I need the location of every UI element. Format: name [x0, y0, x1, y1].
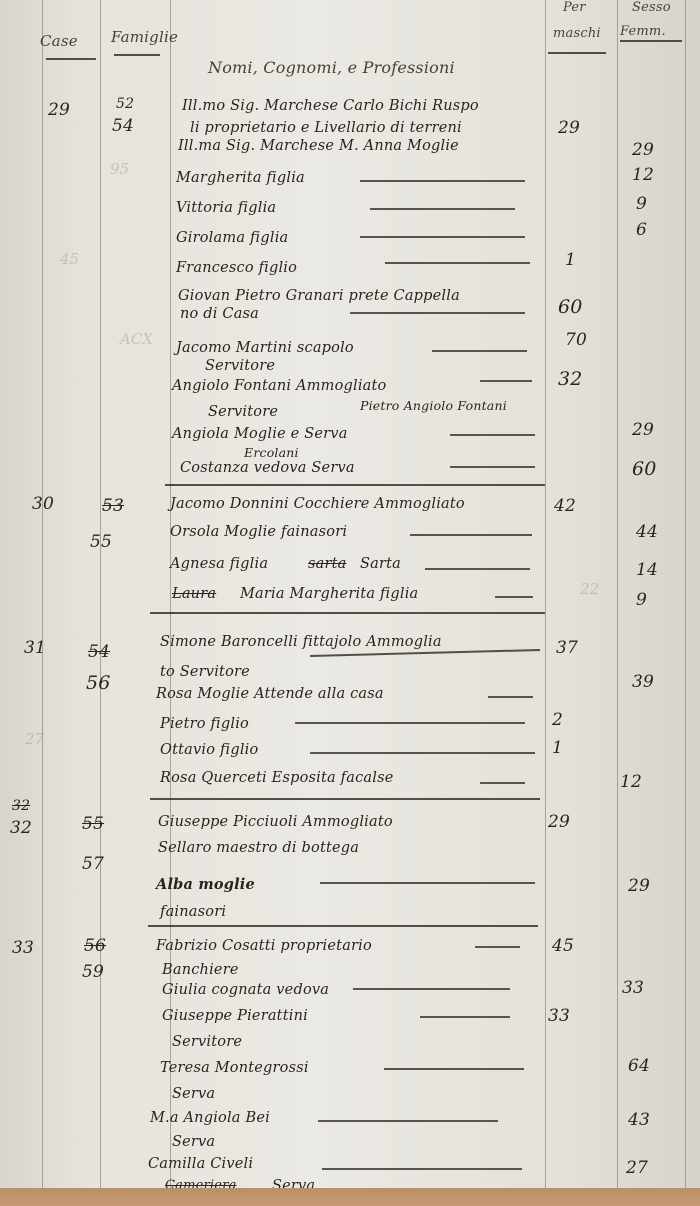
entry-text: M.a Angiola Bei — [150, 1110, 270, 1126]
entry-text: Margherita figlia — [176, 170, 305, 186]
entry-text: Costanza vedova Serva — [180, 460, 355, 476]
famiglia-number: 57 — [82, 854, 104, 874]
entry-text: Pietro figlio — [160, 716, 249, 732]
filler-dash — [450, 434, 535, 436]
filler-dash — [322, 1168, 522, 1170]
entry-text: Sarta — [360, 556, 401, 572]
census-page: Case Famiglie Nomi, Cognomi, e Professio… — [0, 0, 700, 1192]
column-rule — [617, 0, 618, 1190]
entry-text: Teresa Montegrossi — [160, 1060, 309, 1076]
famiglia-number: 54 — [112, 116, 134, 136]
entry-text: Banchiere — [162, 962, 239, 978]
entry-text: Girolama figlia — [176, 230, 288, 246]
famiglia-number: 55 — [90, 532, 112, 552]
filler-dash — [480, 782, 525, 784]
casa-number: 29 — [48, 100, 70, 120]
femmine-value: 9 — [636, 194, 647, 214]
entry-text: Giovan Pietro Granari prete Cappella — [178, 288, 460, 304]
bleed-through-text: 27 — [25, 730, 44, 748]
household-separator — [150, 798, 540, 800]
entry-text: li proprietario e Livellario di terreni — [190, 120, 462, 136]
header-underline — [114, 54, 160, 56]
entry-text: to Servitore — [160, 664, 250, 680]
entry-text: no di Casa — [180, 306, 259, 322]
maschi-value: 2 — [552, 710, 563, 730]
entry-text: Servitore — [172, 1034, 242, 1050]
entry-text: Servitore — [208, 404, 278, 420]
household-separator — [150, 612, 545, 614]
casa-number-struck: 32 — [12, 798, 30, 814]
filler-dash — [385, 262, 530, 264]
entry-text: Ill.ma Sig. Marchese M. Anna Moglie — [178, 138, 459, 154]
femmine-value: 39 — [632, 672, 654, 692]
header-famiglie: Famiglie — [111, 28, 178, 46]
column-rule — [100, 0, 101, 1190]
casa-number: 33 — [12, 938, 34, 958]
famiglia-number-struck: 56 — [84, 936, 106, 956]
filler-dash — [425, 568, 530, 570]
maschi-value: 60 — [558, 296, 583, 318]
famiglia-number: 56 — [86, 672, 111, 694]
entry-underline — [310, 649, 540, 657]
maschi-value: 1 — [565, 250, 576, 270]
filler-dash — [360, 180, 525, 182]
filler-dash — [318, 1120, 498, 1122]
femmine-value: 27 — [626, 1158, 648, 1178]
entry-text: Servitore — [205, 358, 275, 374]
entry-text: Serva — [172, 1086, 215, 1102]
femmine-value: 12 — [620, 772, 642, 792]
femmine-value: 60 — [632, 458, 657, 480]
entry-text: Jacomo Donnini Cocchiere Ammogliato — [170, 496, 465, 512]
entry-struck-word: Laura — [172, 586, 216, 602]
entry-text: Giulia cognata vedova — [162, 982, 329, 998]
femmine-value: 29 — [632, 140, 654, 160]
entry-text: Ill.mo Sig. Marchese Carlo Bichi Ruspo — [182, 98, 479, 114]
entry-text: Vittoria figlia — [176, 200, 276, 216]
filler-dash — [310, 752, 535, 754]
header-underline — [46, 58, 96, 60]
maschi-value: 42 — [554, 496, 576, 516]
column-rule — [42, 0, 43, 1190]
filler-dash — [475, 946, 520, 948]
entry-text: Ottavio figlio — [160, 742, 258, 758]
entry-text: Giuseppe Picciuoli Ammogliato — [158, 814, 393, 830]
filler-dash — [370, 208, 515, 210]
entry-text: Simone Baroncelli fittajolo Ammoglia — [160, 634, 442, 650]
filler-dash — [320, 882, 535, 884]
entry-struck-word: sarta — [308, 556, 347, 572]
entry-text: Angiola Moglie e Serva — [172, 426, 348, 442]
filler-dash — [410, 534, 532, 536]
entry-text: Orsola Moglie fainasori — [170, 524, 347, 540]
entry-text: Alba moglie — [156, 876, 255, 893]
casa-number: 30 — [32, 494, 54, 514]
entry-text: Camilla Civeli — [148, 1156, 253, 1172]
header-nomi: Nomi, Cognomi, e Professioni — [208, 58, 455, 77]
filler-dash — [480, 380, 532, 382]
filler-dash — [495, 596, 533, 598]
maschi-value: 29 — [558, 118, 580, 138]
filler-dash — [450, 466, 535, 468]
maschi-value: 37 — [556, 638, 578, 658]
femmine-value: 9 — [636, 590, 647, 610]
famiglia-number-struck: 52 — [116, 96, 134, 112]
header-femmine-top: Sesso — [632, 0, 671, 15]
entry-text: fainasori — [160, 904, 226, 920]
femmine-value: 44 — [636, 522, 658, 542]
femmine-value: 12 — [632, 165, 654, 185]
bleed-through-text: 45 — [60, 250, 79, 268]
household-separator — [165, 484, 545, 486]
bleed-through-text: ACX — [120, 330, 153, 348]
casa-number: 32 — [10, 818, 32, 838]
filler-dash — [488, 696, 533, 698]
filler-dash — [295, 722, 525, 724]
femmine-value: 29 — [632, 420, 654, 440]
casa-number: 31 — [24, 638, 46, 658]
filler-dash — [420, 1016, 510, 1018]
maschi-value: 29 — [548, 812, 570, 832]
famiglia-number-struck: 54 — [88, 642, 110, 662]
entry-insertion: Pietro Angiolo Fontani — [360, 398, 507, 413]
maschi-value: 1 — [552, 738, 563, 758]
entry-text: Maria Margherita figlia — [240, 586, 418, 602]
femmine-value: 6 — [636, 220, 647, 240]
header-femmine: Femm. — [620, 24, 666, 39]
entry-insertion: Ercolani — [244, 445, 299, 460]
header-case: Case — [40, 32, 78, 50]
header-underline — [620, 40, 682, 42]
header-maschi-top: Per — [563, 0, 586, 15]
famiglia-number-struck: 53 — [102, 496, 124, 516]
bleed-through-text: 95 — [110, 160, 129, 178]
header-maschi: maschi — [553, 26, 601, 41]
desk-edge — [0, 1188, 700, 1206]
entry-text: Rosa Moglie Attende alla casa — [156, 686, 384, 702]
entry-text: Giuseppe Pierattini — [162, 1008, 308, 1024]
maschi-value: 33 — [548, 1006, 570, 1026]
entry-text: Agnesa figlia — [170, 556, 268, 572]
maschi-value: 32 — [558, 368, 583, 390]
filler-dash — [353, 988, 510, 990]
column-rule — [685, 0, 686, 1190]
entry-text: Serva — [172, 1134, 215, 1150]
entry-text: Fabrizio Cosatti proprietario — [156, 938, 372, 954]
femmine-value: 43 — [628, 1110, 650, 1130]
filler-dash — [350, 312, 525, 314]
entry-text: Sellaro maestro di bottega — [158, 840, 359, 856]
femmine-value: 29 — [628, 876, 650, 896]
entry-text: Rosa Querceti Esposita facalse — [160, 770, 394, 786]
household-separator — [148, 925, 538, 927]
entry-text: Jacomo Martini scapolo — [176, 340, 354, 356]
header-underline — [548, 52, 606, 54]
maschi-value: 70 — [565, 330, 587, 350]
famiglia-number-struck: 55 — [82, 814, 104, 834]
entry-text: Angiolo Fontani Ammogliato — [172, 378, 387, 394]
famiglia-number: 59 — [82, 962, 104, 982]
column-rule — [545, 0, 546, 1190]
filler-dash — [384, 1068, 524, 1070]
entry-text: Francesco figlio — [176, 260, 297, 276]
femmine-value: 64 — [628, 1056, 650, 1076]
filler-dash — [360, 236, 525, 238]
maschi-value: 45 — [552, 936, 574, 956]
femmine-value: 33 — [622, 978, 644, 998]
femmine-value: 14 — [636, 560, 658, 580]
filler-dash — [432, 350, 527, 352]
bleed-through-text: 22 — [580, 580, 599, 598]
